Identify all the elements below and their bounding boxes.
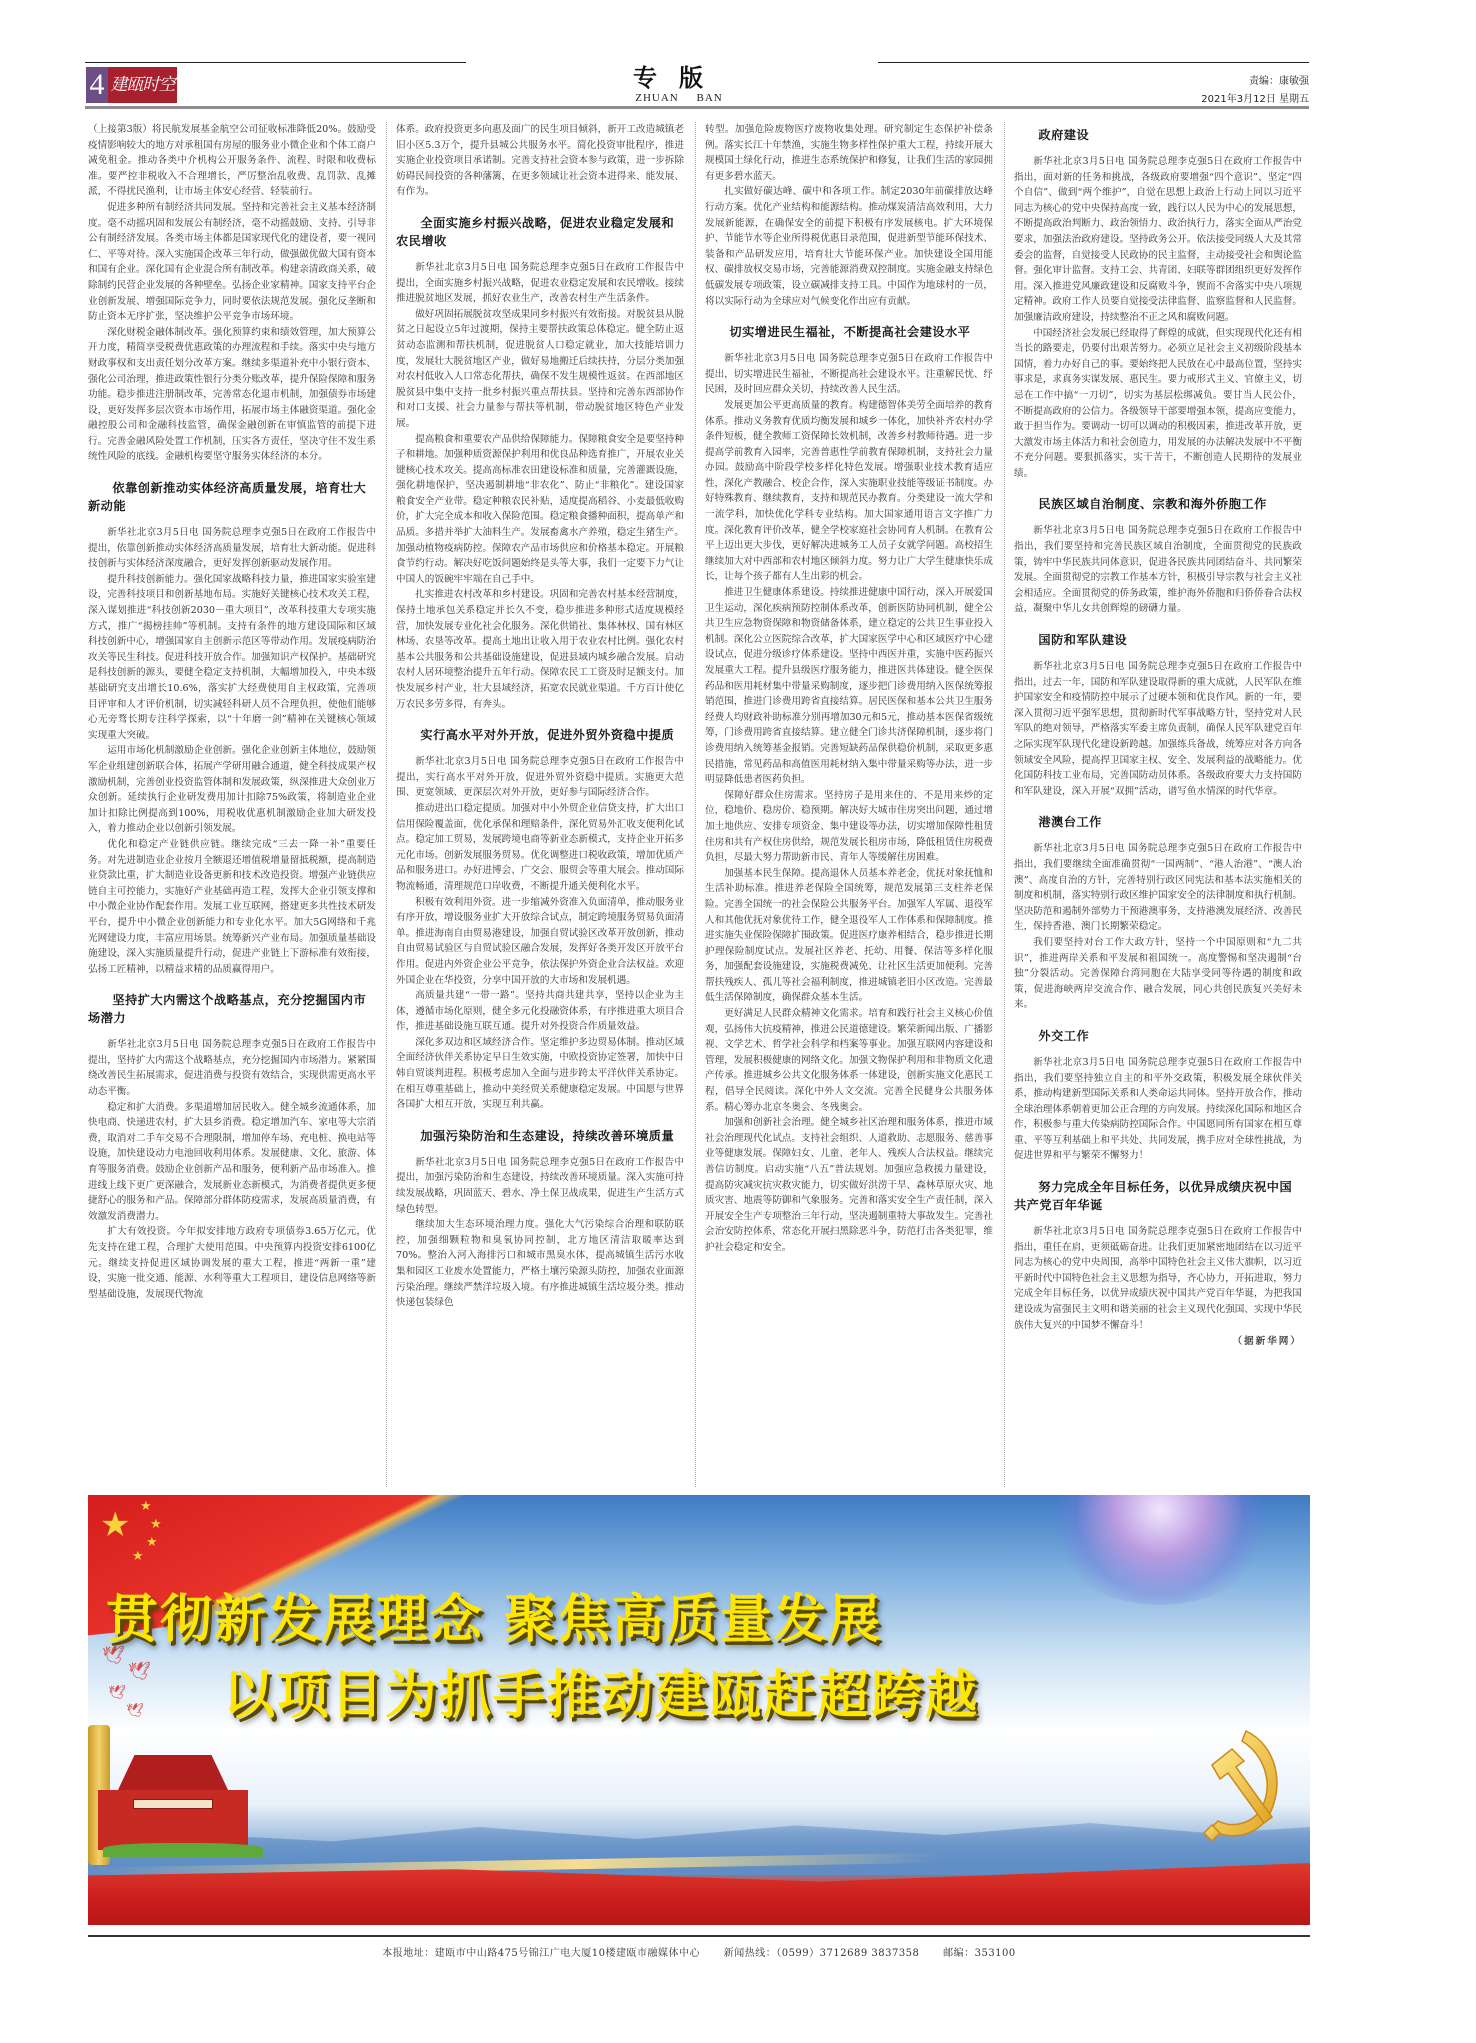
article-headline: 外交工作 bbox=[1014, 1027, 1302, 1045]
article-columns: （上接第3版）将民航发展基金航空公司征收标准降低20%。鼓励受疫情影响较大的地方… bbox=[88, 122, 1310, 1487]
article-headline: 港澳台工作 bbox=[1014, 813, 1302, 831]
column-3: 转型。加强危险废物医疗废物收集处理。研究制定生态保护补偿条例。落实长江十年禁渔，… bbox=[705, 122, 993, 1487]
article-paragraph: 积极有效利用外资。进一步缩减外资准入负面清单，推动服务业有序开放，增设服务业扩大… bbox=[396, 895, 684, 989]
column-divider bbox=[386, 122, 387, 1487]
article-paragraph: 扩大有效投资。今年拟安排地方政府专项债券3.65万亿元，优先支持在建工程，合理扩… bbox=[88, 1224, 376, 1302]
editor-credit: 责编：康敏强 bbox=[1249, 72, 1309, 87]
article-ethnic: 民族区域自治制度、宗教和海外侨胞工作 新华社北京3月5日电 国务院总理李克强5日… bbox=[1014, 495, 1302, 617]
issue-date: 2021年3月12日 星期五 bbox=[1201, 90, 1309, 105]
article-paragraph: 新华社北京3月5日电 国务院总理李克强5日在政府工作报告中提出，加强污染防治和生… bbox=[396, 1155, 684, 1217]
article-conclusion: 努力完成全年目标任务，以优异成绩庆祝中国共产党百年华诞 新华社北京3月5日电 国… bbox=[1014, 1178, 1302, 1347]
article-paragraph: 新华社北京3月5日电 国务院总理李克强5日在政府工作报告中提出，切实增进民生福祉… bbox=[705, 351, 993, 398]
article-diplomacy: 外交工作 新华社北京3月5日电 国务院总理李克强5日在政府工作报告中指出，我们要… bbox=[1014, 1027, 1302, 1164]
column-divider bbox=[1004, 122, 1005, 1487]
article-investment-continued: 体系。政府投资更多向惠及面广的民生项目倾斜，新开工改造城镇老旧小区5.3万个，提… bbox=[396, 122, 684, 200]
article-headline: 努力完成全年目标任务，以优异成绩庆祝中国共产党百年华诞 bbox=[1014, 1178, 1302, 1214]
footer-rule bbox=[88, 1935, 1310, 1937]
article-headline: 国防和军队建设 bbox=[1014, 631, 1302, 649]
column-1: （上接第3版）将民航发展基金航空公司征收标准降低20%。鼓励受疫情影响较大的地方… bbox=[88, 122, 376, 1487]
article-paragraph: 新华社北京3月5日电 国务院总理李克强5日在政府工作报告中指出，我们要坚持独立自… bbox=[1014, 1055, 1302, 1164]
doves-graphic: 🕊 🕊 🕊 🕊 bbox=[98, 1645, 158, 1725]
promo-banner: ★ ★ ★ ★ ★ 🕊 🕊 🕊 🕊 贯彻新发展理念 聚焦高质量发展 以项目为抓手… bbox=[88, 1495, 1310, 1925]
article-paragraph: 我们要坚持对台工作大政方针，坚持一个中国原则和“九二共识”，推进两岸关系和平发展… bbox=[1014, 935, 1302, 1013]
article-paragraph: 提高粮食和重要农产品供给保障能力。保障粮食安全是要坚持种子和耕地。加强种质资源保… bbox=[396, 432, 684, 588]
banner-slogan-line-1: 贯彻新发展理念 聚焦高质量发展 bbox=[106, 1577, 882, 1652]
article-ecology-continued: 转型。加强危险废物医疗废物收集处理。研究制定生态保护补偿条例。落实长江十年禁渔，… bbox=[705, 122, 993, 309]
page-footer: 本报地址：建瓯市中山路475号锦江广电大厦10楼建瓯市融媒体中心 新闻热线：（0… bbox=[88, 1944, 1310, 1959]
column-4: 政府建设 新华社北京3月5日电 国务院总理李克强5日在政府工作报告中指出，面对新… bbox=[1014, 122, 1302, 1487]
article-paragraph: 深化多双边和区域经济合作。坚定维护多边贸易体制。推动区域全面经济伙伴关系协定早日… bbox=[396, 1035, 684, 1113]
banner-slogan-line-2: 以项目为抓手推动建瓯赶超跨越 bbox=[223, 1653, 979, 1728]
article-headline: 坚持扩大内需这个战略基点，充分挖掘国内市场潜力 bbox=[88, 991, 376, 1027]
article-paragraph: 发展更加公平更高质量的教育。构建德智体美劳全面培养的教育体系。推动义务教育优质均… bbox=[705, 398, 993, 585]
article-paragraph: 加强和创新社会治理。健全城乡社区治理和服务体系，推进市域社会治理现代化试点。支持… bbox=[705, 1115, 993, 1255]
flag-star-icon: ★ bbox=[150, 1517, 162, 1532]
article-domestic-demand: 坚持扩大内需这个战略基点，充分挖掘国内市场潜力 新华社北京3月5日电 国务院总理… bbox=[88, 991, 376, 1302]
article-paragraph: 新华社北京3月5日电 国务院总理李克强5日在政府工作报告中提出，实行高水平对外开… bbox=[396, 754, 684, 801]
grass-graphic bbox=[103, 1843, 263, 1857]
article-paragraph: 新华社北京3月5日电 国务院总理李克强5日在政府工作报告中提出，全面实施乡村振兴… bbox=[396, 260, 684, 307]
dove-icon: 🕊 bbox=[108, 1685, 126, 1701]
article-paragraph: 促进多种所有制经济共同发展。坚持和完善社会主义基本经济制度。毫不动摇巩固和发展公… bbox=[88, 200, 376, 325]
article-paragraph: 体系。政府投资更多向惠及面广的民生项目倾斜，新开工改造城镇老旧小区5.3万个，提… bbox=[396, 122, 684, 200]
masthead-rule-left bbox=[85, 62, 466, 63]
article-hmt: 港澳台工作 新华社北京3月5日电 国务院总理李克强5日在政府工作报告中指出，我们… bbox=[1014, 813, 1302, 1013]
article-paragraph: 继续加大生态环境治理力度。强化大气污染综合治理和联防联控，加强细颗粒物和臭氧协同… bbox=[396, 1217, 684, 1311]
gate-sign bbox=[133, 1799, 213, 1809]
flag-star-icon: ★ bbox=[100, 1505, 130, 1545]
article-paragraph: 做好巩固拓展脱贫攻坚成果同乡村振兴有效衔接。对脱贫县从脱贫之日起设立5年过渡期，… bbox=[396, 307, 684, 432]
column-2: 体系。政府投资更多向惠及面广的民生项目倾斜，新开工改造城镇老旧小区5.3万个，提… bbox=[396, 122, 684, 1487]
article-paragraph: 新华社北京3月5日电 国务院总理李克强5日在政府工作报告中指出，我们要坚持和完善… bbox=[1014, 523, 1302, 617]
article-paragraph: 新华社北京3月5日电 国务院总理李克强5日在政府工作报告中指出，面对新的任务和挑… bbox=[1014, 154, 1302, 326]
article-paragraph: 新华社北京3月5日电 国务院总理李克强5日在政府工作报告中指出，过去一年，国防和… bbox=[1014, 659, 1302, 799]
article-headline: 切实增进民生福祉，不断提高社会建设水平 bbox=[705, 323, 993, 341]
footer-hotline: 新闻热线：（0599）3712689 3837358 bbox=[724, 1948, 920, 1959]
dove-icon: 🕊 bbox=[128, 1661, 151, 1682]
article-paragraph: 新华社北京3月5日电 国务院总理李克强5日在政府工作报告中提出，坚持扩大内需这个… bbox=[88, 1037, 376, 1099]
gate-roof bbox=[118, 1755, 228, 1790]
article-continued: （上接第3版）将民航发展基金航空公司征收标准降低20%。鼓励受疫情影响较大的地方… bbox=[88, 122, 376, 465]
article-paragraph: 保障好群众住房需求。坚持房子是用来住的、不是用来炒的定位，稳地价、稳房价、稳预期… bbox=[705, 788, 993, 866]
article-paragraph: 推动进出口稳定提质。加强对中小外贸企业信贷支持，扩大出口信用保险覆盖面，优化承保… bbox=[396, 801, 684, 895]
flag-star-icon: ★ bbox=[140, 1499, 152, 1514]
article-paragraph: （上接第3版）将民航发展基金航空公司征收标准降低20%。鼓励受疫情影响较大的地方… bbox=[88, 122, 376, 200]
flag-star-icon: ★ bbox=[146, 1535, 158, 1550]
footer-postcode: 邮编：353100 bbox=[943, 1948, 1016, 1959]
dove-icon: 🕊 bbox=[126, 1703, 144, 1719]
article-paragraph: 转型。加强危险废物医疗废物收集处理。研究制定生态保护补偿条例。落实长江十年禁渔，… bbox=[705, 122, 993, 184]
article-defense: 国防和军队建设 新华社北京3月5日电 国务院总理李克强5日在政府工作报告中指出，… bbox=[1014, 631, 1302, 799]
article-paragraph: 新华社北京3月5日电 国务院总理李克强5日在政府工作报告中指出，我们要继续全面准… bbox=[1014, 841, 1302, 935]
article-headline: 依靠创新推动实体经济高质量发展，培育壮大新动能 bbox=[88, 479, 376, 515]
article-source: （据新华网） bbox=[1014, 1333, 1302, 1347]
article-paragraph: 新华社北京3月5日电 国务院总理李克强5日在政府工作报告中提出，依靠创新推动实体… bbox=[88, 525, 376, 572]
article-paragraph: 优化和稳定产业链供应链。继续完成“三去一降一补”重要任务。对先进制造业企业按月全… bbox=[88, 837, 376, 977]
column-divider bbox=[695, 122, 696, 1487]
hammer-sickle-icon bbox=[1198, 1725, 1288, 1845]
section-pinyin: ZHUAN BAN bbox=[485, 92, 873, 104]
article-opening: 实行高水平对外开放，促进外贸外资稳中提质 新华社北京3月5日电 国务院总理李克强… bbox=[396, 726, 684, 1113]
article-ecology: 加强污染防治和生态建设，持续改善环境质量 新华社北京3月5日电 国务院总理李克强… bbox=[396, 1127, 684, 1311]
article-livelihood: 切实增进民生福祉，不断提高社会建设水平 新华社北京3月5日电 国务院总理李克强5… bbox=[705, 323, 993, 1255]
article-paragraph: 深化财税金融体制改革。强化预算约束和绩效管理，加大预算公开力度，精简享受税费优惠… bbox=[88, 325, 376, 465]
tiananmen-graphic bbox=[98, 1755, 248, 1850]
article-headline: 实行高水平对外开放，促进外贸外资稳中提质 bbox=[396, 726, 684, 744]
article-paragraph: 稳定和扩大消费。多渠道增加居民收入。健全城乡流通体系，加快电商、快递进农村，扩大… bbox=[88, 1100, 376, 1225]
article-paragraph: 扎实推进农村改革和乡村建设。巩固和完善农村基本经营制度，保持土地承包关系稳定并长… bbox=[396, 587, 684, 712]
article-paragraph: 中国经济社会发展已经取得了辉煌的成就，但实现现代化还有相当长的路要走，仍要付出艰… bbox=[1014, 326, 1302, 482]
article-headline: 加强污染防治和生态建设，持续改善环境质量 bbox=[396, 1127, 684, 1145]
article-headline: 政府建设 bbox=[1014, 126, 1302, 144]
article-paragraph: 扎实做好碳达峰、碳中和各项工作。制定2030年前碳排放达峰行动方案。优化产业结构… bbox=[705, 184, 993, 309]
article-paragraph: 推进卫生健康体系建设。持续推进健康中国行动，深入开展爱国卫生运动，深化疾病预防控… bbox=[705, 585, 993, 788]
paper-name-logo: 建瓯时空 bbox=[108, 67, 177, 103]
article-rural: 全面实施乡村振兴战略，促进农业稳定发展和农民增收 新华社北京3月5日电 国务院总… bbox=[396, 214, 684, 712]
article-headline: 全面实施乡村振兴战略，促进农业稳定发展和农民增收 bbox=[396, 214, 684, 250]
article-paragraph: 新华社北京3月5日电 国务院总理李克强5日在政府工作报告中指出，重任在肩，更须砥… bbox=[1014, 1224, 1302, 1333]
article-government: 政府建设 新华社北京3月5日电 国务院总理李克强5日在政府工作报告中指出，面对新… bbox=[1014, 126, 1302, 481]
article-paragraph: 更好满足人民群众精神文化需求。培育和践行社会主义核心价值观，弘扬伟大抗疫精神，推… bbox=[705, 1006, 993, 1115]
national-emblem-glow bbox=[1040, 1495, 1280, 1605]
article-innovation: 依靠创新推动实体经济高质量发展，培育壮大新动能 新华社北京3月5日电 国务院总理… bbox=[88, 479, 376, 977]
article-paragraph: 提升科技创新能力。强化国家战略科技力量，推进国家实验室建设，完善科技项目和创新基… bbox=[88, 572, 376, 744]
article-headline: 民族区域自治制度、宗教和海外侨胞工作 bbox=[1014, 495, 1302, 513]
flag-star-icon: ★ bbox=[132, 1549, 144, 1564]
footer-address: 本报地址：建瓯市中山路475号锦江广电大厦10楼建瓯市融媒体中心 bbox=[382, 1948, 700, 1959]
section-title: 专版 bbox=[485, 58, 873, 93]
article-paragraph: 加强基本民生保障。提高退休人员基本养老金，优抚对象抚恤和生活补助标准。推进养老保… bbox=[705, 866, 993, 1006]
masthead: 4 建瓯时空 专版 ZHUAN BAN 责编：康敏强 2021年3月12日 星期… bbox=[85, 62, 1309, 112]
masthead-rule-bottom bbox=[85, 106, 1309, 109]
page-number: 4 bbox=[86, 67, 108, 103]
masthead-rule-right bbox=[878, 62, 1309, 63]
article-paragraph: 运用市场化机制激励企业创新。强化企业创新主体地位，鼓励领军企业组建创新联合体，拓… bbox=[88, 743, 376, 837]
article-paragraph: 高质量共建“一带一路”。坚持共商共建共享，坚持以企业为主体，遵循市场化原则，健全… bbox=[396, 988, 684, 1035]
